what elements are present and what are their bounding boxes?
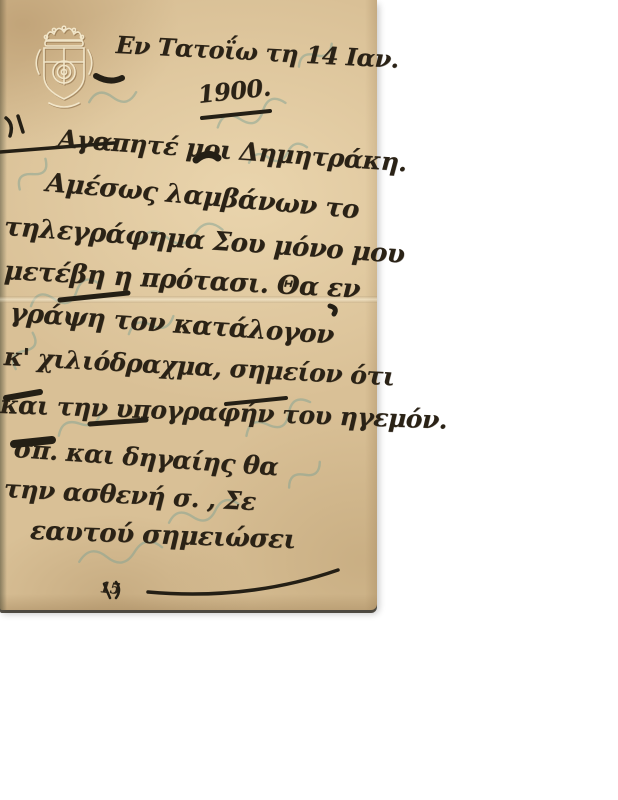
ink-strokes <box>0 0 377 610</box>
letter-paper: Εν Τατοΐω τη 14 Ιαν. 1900. Αγαπητέ μοι Δ… <box>0 0 377 610</box>
scanned-letter-page: Εν Τατοΐω τη 14 Ιαν. 1900. Αγαπητέ μοι Δ… <box>0 0 618 800</box>
signature-flourish <box>148 570 338 594</box>
